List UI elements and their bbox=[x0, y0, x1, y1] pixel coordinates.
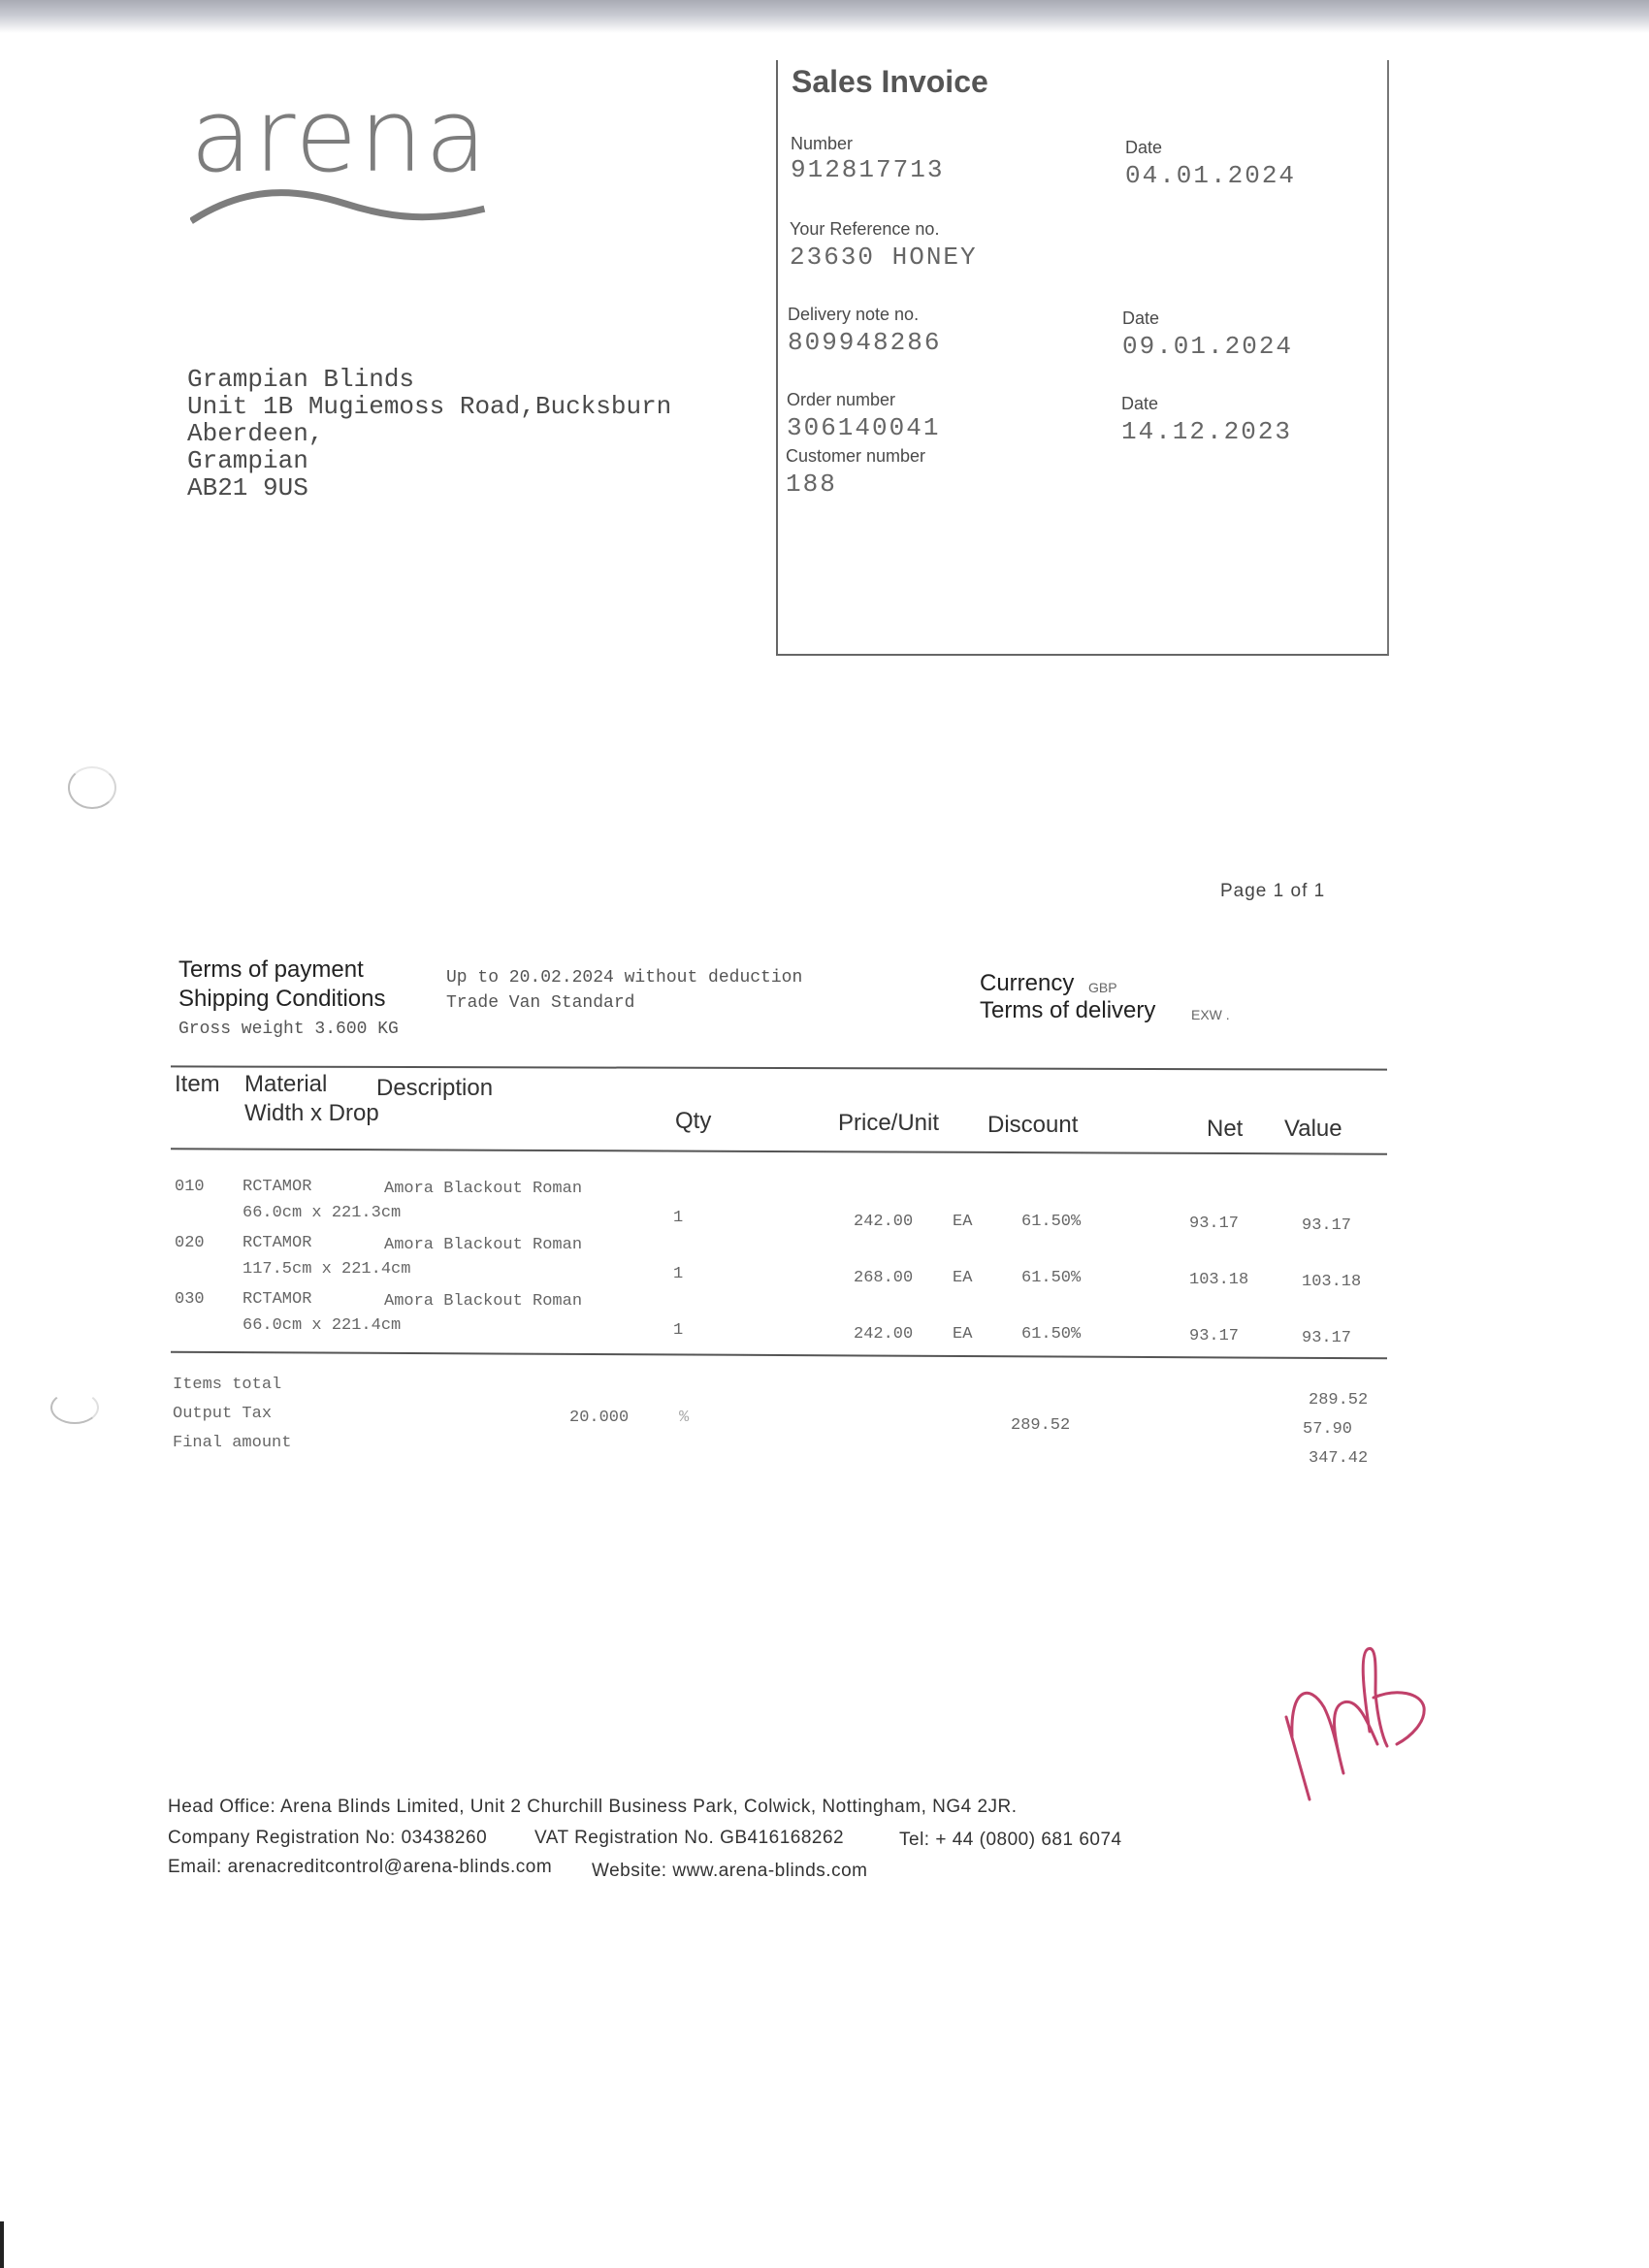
column-header-value: Value bbox=[1284, 1116, 1342, 1143]
footer-company-registration: Company Registration No: 03438260 bbox=[168, 1828, 487, 1849]
item-number: 030 bbox=[175, 1290, 205, 1309]
line-value: 93.17 bbox=[1302, 1329, 1351, 1347]
material-code: RCTAMOR bbox=[242, 1178, 311, 1196]
address-line: AB21 9US bbox=[187, 474, 671, 502]
address-line: Unit 1B Mugiemoss Road,Bucksburn bbox=[187, 393, 671, 420]
address-line: Grampian Blinds bbox=[187, 366, 671, 393]
address-line: Grampian bbox=[187, 447, 671, 474]
invoice-date-label: Date bbox=[1125, 138, 1162, 158]
material-code: RCTAMOR bbox=[242, 1234, 311, 1252]
customer-number-label: Customer number bbox=[786, 446, 925, 467]
item-description: Amora Blackout Roman bbox=[384, 1180, 582, 1198]
item-qty: 1 bbox=[673, 1321, 683, 1340]
delivery-date: 09.01.2024 bbox=[1122, 332, 1293, 361]
table-bottom-rule bbox=[171, 1351, 1387, 1360]
page-indicator: Page 1 of 1 bbox=[1220, 881, 1325, 902]
gross-weight: Gross weight 3.600 KG bbox=[178, 1020, 399, 1039]
column-header-price-unit: Price/Unit bbox=[838, 1110, 939, 1137]
footer-email[interactable]: Email: arenacreditcontrol@arena-blinds.c… bbox=[168, 1857, 552, 1878]
column-header-net: Net bbox=[1207, 1116, 1243, 1143]
delivery-date-label: Date bbox=[1122, 308, 1159, 329]
final-amount-value: 347.42 bbox=[1309, 1449, 1368, 1468]
unit-price: 242.00 bbox=[854, 1325, 913, 1344]
item-size: 66.0cm x 221.3cm bbox=[242, 1204, 401, 1222]
column-header-qty: Qty bbox=[675, 1108, 711, 1135]
column-header-width-drop: Width x Drop bbox=[244, 1100, 379, 1127]
delivery-note-number: 809948286 bbox=[788, 328, 941, 357]
punch-hole-mark bbox=[68, 766, 116, 809]
delivery-note-label: Delivery note no. bbox=[788, 305, 919, 325]
invoice-title: Sales Invoice bbox=[792, 64, 988, 100]
reference-label: Your Reference no. bbox=[790, 219, 939, 240]
currency-value: GBP bbox=[1088, 980, 1117, 995]
column-header-discount: Discount bbox=[987, 1112, 1078, 1139]
tax-base: 289.52 bbox=[1011, 1416, 1070, 1435]
items-total-label: Items total bbox=[173, 1376, 281, 1394]
handwritten-signature bbox=[1251, 1630, 1426, 1824]
final-amount-label: Final amount bbox=[173, 1434, 291, 1452]
item-description: Amora Blackout Roman bbox=[384, 1236, 582, 1254]
line-value: 93.17 bbox=[1302, 1216, 1351, 1235]
scan-shadow bbox=[0, 0, 1649, 33]
tax-rate: 20.000 bbox=[569, 1409, 629, 1427]
invoice-number: 912817713 bbox=[791, 155, 944, 184]
item-qty: 1 bbox=[673, 1265, 683, 1283]
company-logo: arena bbox=[190, 85, 489, 186]
item-discount: 61.50% bbox=[1021, 1213, 1081, 1231]
column-header-material: Material bbox=[244, 1071, 327, 1098]
delivery-terms-label: Terms of delivery bbox=[980, 997, 1155, 1024]
footer-vat-registration: VAT Registration No. GB416168262 bbox=[534, 1828, 844, 1849]
item-number: 010 bbox=[175, 1178, 205, 1196]
net-amount: 93.17 bbox=[1189, 1327, 1239, 1345]
price-unit-measure: EA bbox=[953, 1269, 972, 1287]
price-unit-measure: EA bbox=[953, 1213, 972, 1231]
net-amount: 103.18 bbox=[1189, 1271, 1248, 1289]
item-discount: 61.50% bbox=[1021, 1325, 1081, 1344]
footer-telephone: Tel: + 44 (0800) 681 6074 bbox=[899, 1830, 1122, 1851]
currency-label: Currency bbox=[980, 970, 1074, 997]
order-date: 14.12.2023 bbox=[1121, 417, 1292, 446]
shipping-conditions-value: Trade Van Standard bbox=[446, 993, 634, 1013]
invoice-number-label: Number bbox=[791, 134, 853, 154]
items-total-value: 289.52 bbox=[1309, 1391, 1368, 1409]
logo-wave-icon bbox=[190, 180, 486, 229]
payment-terms-label: Terms of payment bbox=[178, 956, 364, 984]
payment-terms-value: Up to 20.02.2024 without deduction bbox=[446, 968, 802, 988]
unit-price: 242.00 bbox=[854, 1213, 913, 1231]
order-number-label: Order number bbox=[787, 390, 895, 410]
item-size: 66.0cm x 221.4cm bbox=[242, 1316, 401, 1335]
table-top-rule bbox=[171, 1065, 1387, 1070]
footer-head-office: Head Office: Arena Blinds Limited, Unit … bbox=[168, 1797, 1018, 1818]
invoice-details-box bbox=[776, 60, 1389, 656]
scan-edge bbox=[0, 2221, 4, 2268]
footer-website[interactable]: Website: www.arena-blinds.com bbox=[592, 1861, 867, 1882]
invoice-date: 04.01.2024 bbox=[1125, 161, 1296, 190]
column-header-description: Description bbox=[376, 1075, 493, 1102]
delivery-terms-value: EXW . bbox=[1191, 1007, 1230, 1022]
table-header-rule bbox=[171, 1148, 1387, 1154]
item-number: 020 bbox=[175, 1234, 205, 1252]
item-qty: 1 bbox=[673, 1209, 683, 1227]
item-description: Amora Blackout Roman bbox=[384, 1292, 582, 1311]
line-value: 103.18 bbox=[1302, 1273, 1361, 1291]
material-code: RCTAMOR bbox=[242, 1290, 311, 1309]
column-header-item: Item bbox=[175, 1071, 220, 1098]
customer-number: 188 bbox=[786, 470, 837, 499]
order-number: 306140041 bbox=[787, 413, 940, 442]
punch-hole-mark bbox=[50, 1391, 99, 1424]
price-unit-measure: EA bbox=[953, 1325, 972, 1344]
order-date-label: Date bbox=[1121, 394, 1158, 414]
item-discount: 61.50% bbox=[1021, 1269, 1081, 1287]
address-line: Aberdeen, bbox=[187, 420, 671, 447]
tax-amount: 57.90 bbox=[1303, 1420, 1352, 1439]
unit-price: 268.00 bbox=[854, 1269, 913, 1287]
shipping-conditions-label: Shipping Conditions bbox=[178, 986, 385, 1013]
recipient-address: Grampian Blinds Unit 1B Mugiemoss Road,B… bbox=[187, 366, 671, 502]
reference-value: 23630 HONEY bbox=[790, 243, 978, 272]
net-amount: 93.17 bbox=[1189, 1215, 1239, 1233]
item-size: 117.5cm x 221.4cm bbox=[242, 1260, 410, 1279]
output-tax-label: Output Tax bbox=[173, 1405, 272, 1423]
tax-percent-sign: % bbox=[679, 1409, 689, 1427]
